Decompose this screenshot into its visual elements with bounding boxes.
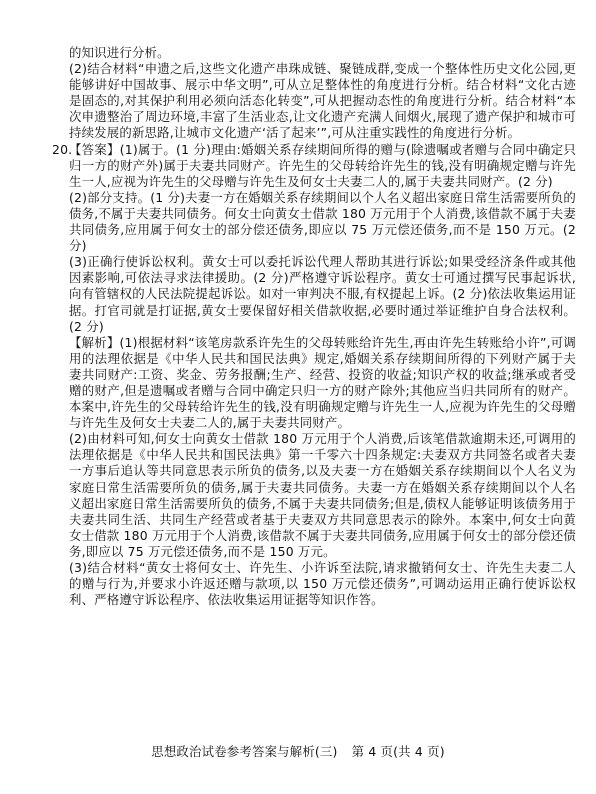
paragraph-text: 的知识进行分析。 [69,45,170,60]
answer-paragraph: 的知识进行分析。 [69,45,576,61]
paragraph-text: (2)由材料可知,何女士向黄女士借款 180 万元用于个人消费,后该笔借款逾期未… [69,431,576,559]
document-page: 的知识进行分析。(2)结合材料“申遗之后,这些文化遗产串珠成链、聚链成群,变成一… [0,0,596,794]
answer-paragraph: 【解析】(1)根据材料“该笔房款系许先生的父母转账给许先生,再由许先生转账给小许… [69,335,576,432]
page-footer: 思想政治试卷参考答案与解析(三)第 4 页(共 4 页) [0,744,596,760]
footer-page-indicator: 第 4 页(共 4 页) [352,744,445,759]
paragraph-text: (3)正确行使诉讼权利。黄女士可以委托诉讼代理人帮助其进行诉讼;如果受经济条件或… [69,254,576,333]
question-number: 20. [52,142,72,158]
paragraph-text: 【解析】(1)根据材料“该笔房款系许先生的父母转账给许先生,再由许先生转账给小许… [69,335,576,430]
answer-paragraph: (2)由材料可知,何女士向黄女士借款 180 万元用于个人消费,后该笔借款逾期未… [69,431,576,560]
answer-paragraph: (2)结合材料“申遗之后,这些文化遗产串珠成链、聚链成群,变成一个整体性历史文化… [69,61,576,141]
footer-exam-title: 思想政治试卷参考答案与解析(三) [151,744,337,759]
paragraph-text: 【答案】(1)属于。(1 分)理由:婚姻关系存续期间所得的赠与(除遗嘱或者赠与合… [69,142,576,189]
paragraph-text: (2)部分支持。(1 分)夫妻一方在婚姻关系存续期间以个人名义超出家庭日常生活需… [69,190,576,253]
answer-content: 的知识进行分析。(2)结合材料“申遗之后,这些文化遗产串珠成链、聚链成群,变成一… [69,45,576,608]
paragraph-text: (3)结合材料“黄女士将何女士、许先生、小许诉至法院,请求撤销何女士、许先生夫妻… [69,560,576,607]
numbered-answer-paragraph: 20.【答案】(1)属于。(1 分)理由:婚姻关系存续期间所得的赠与(除遗嘱或者… [69,142,576,190]
paragraph-text: (2)结合材料“申遗之后,这些文化遗产串珠成链、聚链成群,变成一个整体性历史文化… [69,61,576,140]
answer-paragraph: (3)结合材料“黄女士将何女士、许先生、小许诉至法院,请求撤销何女士、许先生夫妻… [69,560,576,608]
answer-paragraph: (2)部分支持。(1 分)夫妻一方在婚姻关系存续期间以个人名义超出家庭日常生活需… [69,190,576,254]
answer-paragraph: (3)正确行使诉讼权利。黄女士可以委托诉讼代理人帮助其进行诉讼;如果受经济条件或… [69,254,576,334]
